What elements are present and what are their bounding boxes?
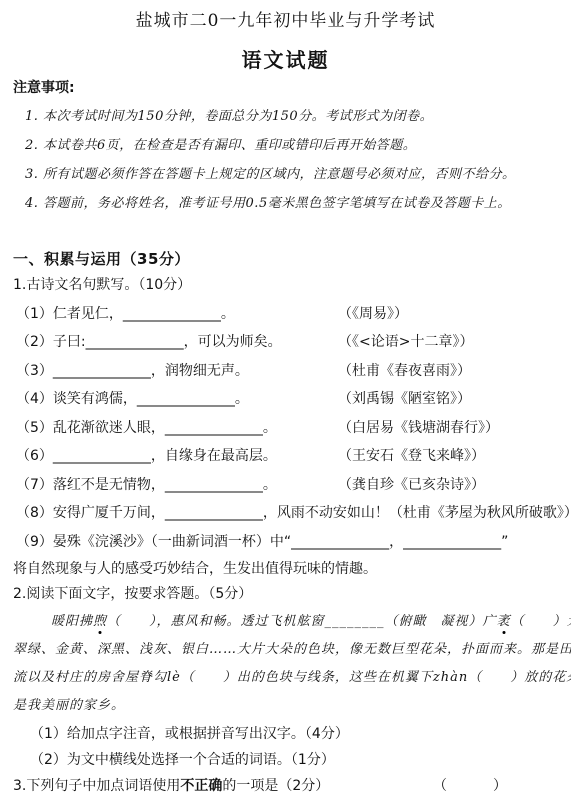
dictation-item-8: （8）安得广厦千万间，______________，风雨不动安如山！（杜甫《茅屋… xyxy=(16,505,571,522)
question-1-heading: 1.古诗文名句默写。（10分） xyxy=(13,277,571,294)
dictation-item-6: （6）______________，自缘身在最高层。 （王安石《登飞来峰》） xyxy=(16,448,571,465)
dictation-item-4: （4）谈笑有鸿儒，______________。 （刘禹锡《陋室铭》） xyxy=(16,391,571,408)
dictation-text: （8）安得广厦千万间，______________，风雨不动安如山！（杜甫《茅屋… xyxy=(16,505,571,521)
dictation-item-1: （1）仁者见仁，______________。 （《周易》） xyxy=(16,306,571,323)
exam-paper-page: 盐城市二0一九年初中毕业与升学考试 语文试题 注意事项: 1. 本次考试时间为1… xyxy=(0,0,571,798)
notice-item-4: 4. 答题前，务必将姓名，准考证号用0.5毫米黑色签字笔填写在试卷及答题卡上。 xyxy=(25,196,571,212)
dictation-text: （2）子曰:______________，可以为师矣。 xyxy=(16,334,282,350)
passage-text: （俯瞰 凝视）广 xyxy=(385,614,497,629)
dictation-text: （5）乱花渐欲迷人眼，______________。 xyxy=(16,420,277,436)
dictation-item-3: （3）______________，润物细无声。 （杜甫《春夜喜雨》） xyxy=(16,363,571,380)
dictation-item-2: （2）子曰:______________，可以为师矣。 （《<论语>十二章》） xyxy=(16,334,571,351)
citation: （刘禹锡《陋室铭》） xyxy=(338,391,471,408)
passage-line-2: 翠绿、金黄、深黑、浅灰、银白……大片大朵的色块，像无数巨型花朵，扑面而来。那是田… xyxy=(13,641,571,658)
notice-heading: 注意事项: xyxy=(13,80,571,96)
notice-item-2: 2. 本试卷共6页，在检查是否有漏印、重印或错印后再开始答题。 xyxy=(25,138,571,154)
dictation-text: （6）______________，自缘身在最高层。 xyxy=(16,448,277,464)
citation: （杜甫《春夜喜雨》） xyxy=(338,363,471,380)
exam-title: 盐城市二0一九年初中毕业与升学考试 xyxy=(0,10,571,32)
dictation-item-5: （5）乱花渐欲迷人眼，______________。 （白居易《钱塘湖春行》） xyxy=(16,420,571,437)
dictation-text: （4）谈笑有鸿儒，______________。 xyxy=(16,391,249,407)
citation: （《<论语>十二章》） xyxy=(338,334,473,351)
dictation-item-9-note: 将自然现象与人的感受巧妙结合，生发出值得玩味的情趣。 xyxy=(13,561,571,578)
dictation-item-9: （9）晏殊《浣溪沙》（一曲新词酒一杯）中“______________，____… xyxy=(16,534,571,551)
question-2-sub-2: （2）为文中横线处选择一个合适的词语。（1分） xyxy=(30,752,571,769)
question-3-heading: 3.下列句子中加点词语使用不正确的一项是（2分） （ ） xyxy=(13,778,571,795)
dictation-item-7: （7）落红不是无情物，______________。 （龚自珍《已亥杂诗》） xyxy=(16,477,571,494)
section-1-heading: 一、积累与运用（35分） xyxy=(13,250,571,268)
question-3-emphasis: 不正确 xyxy=(180,778,222,794)
passage-text: 暖阳拂 xyxy=(51,614,93,629)
notice-item-1: 1. 本次考试时间为150分钟，卷面总分为150分。考试形式为闭卷。 xyxy=(25,109,571,125)
citation: （白居易《钱塘湖春行》） xyxy=(338,420,499,437)
passage-line-1: 暖阳拂煦（ ），惠风和畅。透过飞机舷窗________（俯瞰 凝视）广袤（ ）大… xyxy=(13,613,571,630)
dictation-text: （1）仁者见仁，______________。 xyxy=(16,306,235,322)
citation: （《周易》） xyxy=(338,306,408,323)
exam-subject-title: 语文试题 xyxy=(0,48,571,72)
passage-text: （ ）大地上的 xyxy=(511,614,571,629)
passage-text: （ ），惠风和畅。透过飞机舷窗 xyxy=(107,614,325,629)
passage-line-4: 是我美丽的家乡。 xyxy=(13,697,571,714)
emphasized-char: 袤 xyxy=(497,613,511,630)
dictation-text: （9）晏殊《浣溪沙》（一曲新词酒一杯）中“______________，____… xyxy=(16,534,508,550)
citation: （龚自珍《已亥杂诗》） xyxy=(338,477,485,494)
dictation-text: （3）______________，润物细无声。 xyxy=(16,363,249,379)
notice-item-3: 3. 所有试题必须作答在答题卡上规定的区域内，注意题号必须对应，否则不给分。 xyxy=(25,167,571,183)
emphasized-char: 煦 xyxy=(93,613,107,630)
passage-line-3: 流以及村庄的房舍屋脊勾lè（ ）出的色块与线条，这些在机翼下zhàn（ ）放的花… xyxy=(13,669,571,686)
blank-underline: ________ xyxy=(325,614,385,629)
question-2-heading: 2.阅读下面文字，按要求答题。（5分） xyxy=(13,586,571,603)
citation: （王安石《登飞来峰》） xyxy=(338,448,485,465)
question-2-sub-1: （1）给加点字注音，或根据拼音写出汉字。（4分） xyxy=(30,726,571,743)
question-3-prefix: 3.下列句子中加点词语使用 xyxy=(13,778,180,794)
question-3-suffix: 的一项是（2分） xyxy=(222,778,329,794)
dictation-text: （7）落红不是无情物，______________。 xyxy=(16,477,277,493)
answer-bracket: （ ） xyxy=(433,778,513,795)
